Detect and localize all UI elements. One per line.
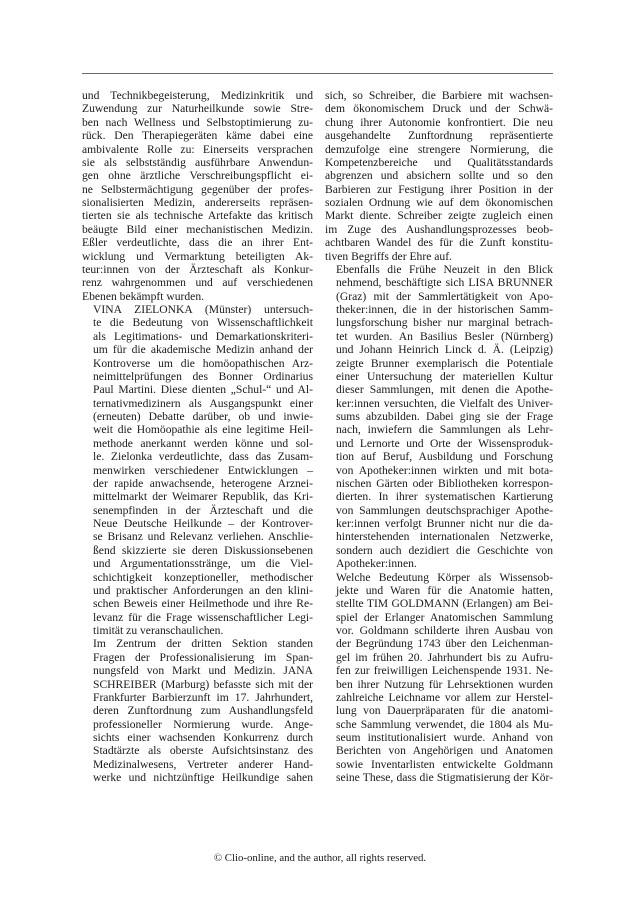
paragraph: und Technikbegeisterung, Medizinkritik u… [82,89,313,303]
text-line: Markt diente. Schreiber zeigte zugleich … [325,209,553,222]
text-line: theker:innen, die in der historischen Sa… [325,303,553,316]
text-line: tion auf Beruf, Ausbildung und Forschung [325,450,553,463]
text-line: und Technikbegeisterung, Medizinkritik u… [82,89,313,102]
paragraph: sich, so Schreiber, die Barbiere mit wac… [325,89,553,263]
text-line: te die Bedeutung von Wissenschaftlichkei… [82,316,313,329]
text-line: ambivalente Rolle zu: Einerseits verspra… [82,143,313,156]
text-line: tet wurden. An Basilius Besler (Nürnberg… [325,330,553,343]
text-line: Barbieren zur Festigung ihrer Position i… [325,183,553,196]
left-column: und Technikbegeisterung, Medizinkritik u… [82,89,313,785]
text-line: sich, so Schreiber, die Barbiere mit wac… [325,89,553,102]
text-line: Welche Bedeutung Körper als Wissensob- [325,571,553,584]
text-line: ternativmedizinern als Ausgangspunkt ein… [82,397,313,410]
text-line: se Brisanz und Relevanz verliehen. Ansch… [82,530,313,543]
text-line: sie als selbstständig ausführbare Anwend… [82,156,313,169]
text-line: und praktischer Anforderungen an den kli… [82,584,313,597]
text-line: achtbaren Wandel des für die Zunft konst… [325,236,553,249]
text-line: und Lernorte und Orte der Wissensproduk- [325,437,553,450]
text-line: Eßler verdeutlichte, dass die an ihrer E… [82,236,313,249]
header-rule [82,73,553,74]
text-line: VINA ZIELONKA (Münster) untersuch- [82,303,313,316]
text-line: Ebenen bekämpft wurden. [82,290,313,303]
text-line: der Begründung 1743 über den Leichenman- [325,637,553,650]
text-line: tiven Begriffs der Ehre auf. [325,250,553,263]
text-line: ben ihrer Nutzung für Lehrsektionen wurd… [325,678,553,691]
text-line: ausgehandelte Zunftordnung repräsentiert… [325,129,553,142]
text-line: Kompetenzbereiche und Qualitätsstandards [325,156,553,169]
text-line: Paul Martini. Diese dienten „Schul-“ und… [82,383,313,396]
text-line: senempfinden in der Ärzteschaft und die [82,504,313,517]
text-line: seum institutionalisiert wurde. Anhand v… [325,731,553,744]
text-line: dieser Sammlungen, mit denen die Apothe- [325,383,553,396]
text-line: lungsforschung bisher nur marginal betra… [325,316,553,329]
text-line: ßend skizzierte sie deren Diskussionsebe… [82,544,313,557]
text-line: Zuwendung zur Naturheilkunde sowie Stre- [82,102,313,115]
text-line: sche Sammlung verwendet, die 1804 als Mu… [325,718,553,731]
text-line: menwirken verschiedener Entwicklungen – [82,464,313,477]
text-line: werke und nichtzünftige Heilkundige sahe… [82,771,313,784]
text-line: methode anerkannt werden könne und sol- [82,437,313,450]
text-line: einer Untersuchung der materiellen Kultu… [325,370,553,383]
text-line: Im Zentrum der dritten Sektion standen [82,637,313,650]
text-line: teur:innen von der Ärzteschaft als Konku… [82,263,313,276]
text-line: der rapide anwachsende, heterogene Arzne… [82,477,313,490]
text-line: ben nach Wellness und Selbstoptimierung … [82,116,313,129]
text-line: sionalisierten Medizin, andererseits rep… [82,196,313,209]
text-line: als Legitimations- und Demarkationskrite… [82,330,313,343]
text-line: Berichten von Angehörigen und Anatomen [325,744,553,757]
text-line: beäugte Bild einer mechanistischen Mediz… [82,223,313,236]
text-line: renz wahrgenommen und auf verschiedenen [82,276,313,289]
text-line: ker:innen versuchten, die Vielfalt des U… [325,397,553,410]
text-line: deren Zunftordnung zum Aushandlungsfeld [82,704,313,717]
text-line: schichtigkeit konzeptioneller, methodisc… [82,571,313,584]
text-line: sondern auch dezidiert die Geschichte vo… [325,544,553,557]
text-line: seine These, dass die Stigmatisierung de… [325,771,553,784]
text-line: sichts einer wachsenden Konkurrenz durch [82,731,313,744]
text-line: timität zu veranschaulichen. [82,624,313,637]
text-line: nischen Gärten oder Bibliotheken korresp… [325,477,553,490]
text-line: fen zur freiwilligen Leichenspende 1931.… [325,664,553,677]
text-line: gen ohne ärztliche Verschreibungspflicht… [82,169,313,182]
text-line: hinterstehenden internationalen Netzwerk… [325,530,553,543]
text-line: (erneuten) Debatte darüber, ob und inwie… [82,410,313,423]
text-line: dem ökonomischem Druck und der Schwä- [325,102,553,115]
text-line: Frankfurter Barbierzunft im 17. Jahrhund… [82,691,313,704]
text-line: wicklung und Vermarktung beteiligten Ak- [82,250,313,263]
paragraph: Welche Bedeutung Körper als Wissensob-je… [325,571,553,785]
text-line: le. Zielonka verdeutlichte, dass das Zus… [82,450,313,463]
text-line: Stadtärzte als oberste Aufsichtsinstanz … [82,744,313,757]
text-line: sums abzubilden. Dabei ging sie der Frag… [325,410,553,423]
text-line: zahlreiche Leichname vor allem zur Herst… [325,691,553,704]
text-line: nungsfeld von Markt und Medizin. JANA [82,664,313,677]
text-line: um für die akademische Medizin anhand de… [82,343,313,356]
text-line: im Zuge des Aushandlungsprozesses beob- [325,223,553,236]
text-line: tierten sie als technische Artefakte das… [82,209,313,222]
text-line: Medizinalwesens, Vertreter anderer Hand- [82,758,313,771]
text-line: weit die Homöopathie als eine legitime H… [82,423,313,436]
text-line: Fragen der Professionalisierung im Span- [82,651,313,664]
text-line: neimittelprüfungen des Bonner Ordinarius [82,370,313,383]
text-line: nehmend, beschäftigte sich LISA BRUNNER [325,276,553,289]
text-line: und Argumentationsstränge, um die Viel- [82,557,313,570]
text-line: dierten. In ihrer systematischen Kartier… [325,490,553,503]
text-line: nach, inwiefern die Sammlungen als Lehr- [325,423,553,436]
text-line: schen Beweis einer Heilmethode und ihre … [82,597,313,610]
text-line: professioneller Normierung wurde. Ange- [82,718,313,731]
paragraph: VINA ZIELONKA (Münster) untersuch-te die… [82,303,313,637]
text-line: gel im frühen 20. Jahrhundert bis zu Auf… [325,651,553,664]
text-line: mittelmarkt der Weimarer Republik, das K… [82,490,313,503]
text-line: zeigte Brunner exemplarisch die Potentia… [325,357,553,370]
text-line: Ebenfalls die Frühe Neuzeit in den Blick [325,263,553,276]
text-line: demzufolge eine strengere Normierung, di… [325,143,553,156]
text-line: ne Selbstermächtigung gegenüber der prof… [82,183,313,196]
paragraph: Ebenfalls die Frühe Neuzeit in den Blick… [325,263,553,571]
text-line: chung ihrer Autonomie konfrontiert. Die … [325,116,553,129]
document-page: und Technikbegeisterung, Medizinkritik u… [0,0,640,900]
text-line: vor. Goldmann schilderte ihren Ausbau vo… [325,624,553,637]
text-line: sowie Inventarlisten entwickelte Goldman… [325,758,553,771]
text-line: spiel der Erlanger Anatomischen Sammlung [325,611,553,624]
text-line: Apotheker:innen. [325,557,553,570]
text-line: levanz für die Frage wissenschaftlicher … [82,611,313,624]
text-line: und Johann Heinrich Linck d. Ä. (Leipzig… [325,343,553,356]
text-line: Neue Deutsche Heilkunde – der Kontrover- [82,517,313,530]
text-line: lung von Dauerpräparaten für die anatomi… [325,704,553,717]
text-line: stellte TIM GOLDMANN (Erlangen) am Bei- [325,597,553,610]
text-line: von Apotheker:innen wirkten und mit bota… [325,464,553,477]
text-line: abgrenzen und absichern sollte und so de… [325,169,553,182]
copyright-footer: © Clio-online, and the author, all right… [0,852,640,864]
text-line: jekte und Waren für die Anatomie hatten, [325,584,553,597]
text-line: Kontroverse um die homöopathischen Arz- [82,357,313,370]
right-column: sich, so Schreiber, die Barbiere mit wac… [325,89,553,785]
paragraph: Im Zentrum der dritten Sektion standenFr… [82,637,313,784]
text-line: (Graz) mit der Sammlertätigkeit von Apo- [325,290,553,303]
text-line: sozialen Ordnung wie auf dem ökonomische… [325,196,553,209]
text-line: ker:innen verfolgt Brunner nicht nur die… [325,517,553,530]
text-line: von Sammlungen deutschsprachiger Apothe- [325,504,553,517]
text-line: SCHREIBER (Marburg) befasste sich mit de… [82,678,313,691]
text-line: rück. Den Therapiegeräten käme dabei ein… [82,129,313,142]
